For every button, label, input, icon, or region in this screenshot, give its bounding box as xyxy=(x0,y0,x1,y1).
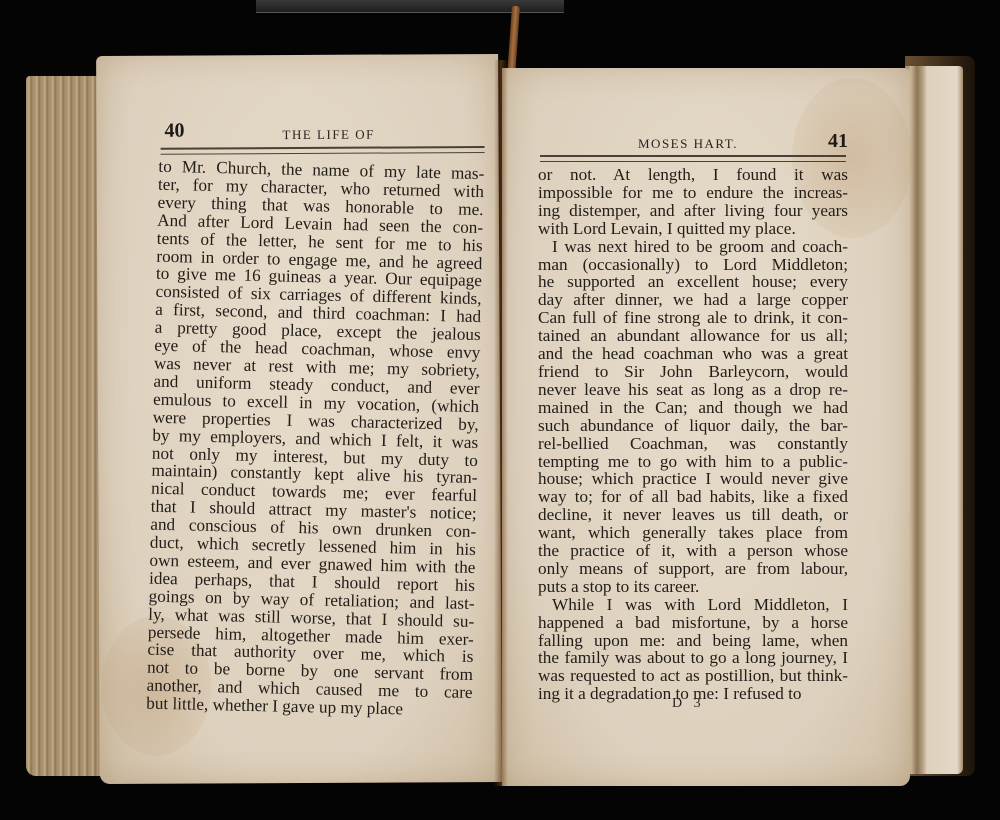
text-line: mained in the Can; and though we had xyxy=(538,399,848,417)
right-page-body-text: or not. At length, I found it wasimpossi… xyxy=(538,166,848,703)
text-line: with Lord Levain, I quitted my place. xyxy=(538,220,848,238)
text-line: friend to Sir John Barleycorn, would xyxy=(538,363,848,381)
header-rule-right xyxy=(540,155,846,162)
text-line: tained an abundant allowance for us all; xyxy=(538,327,848,345)
right-page-block-edges xyxy=(905,66,963,774)
text-line: and the head coachman who was a great xyxy=(538,345,848,363)
text-line: want, which generally takes place from xyxy=(538,524,848,542)
running-head-right: MOSES HART. xyxy=(638,136,738,152)
bookmark-ribbon xyxy=(507,6,520,76)
signature-mark: D 3 xyxy=(672,696,705,712)
text-line: ing distemper, and after living four yea… xyxy=(538,202,848,220)
text-line: day after dinner, we had a large copper xyxy=(538,291,848,309)
header-rule-left xyxy=(161,146,485,155)
text-line: house; which practice I would never give xyxy=(538,470,848,488)
text-line: was requested to act as postillion, but … xyxy=(538,667,848,685)
text-line: falling upon me: and being lame, when xyxy=(538,632,848,650)
text-line: rel-bellied Coachman, was constantly xyxy=(538,435,848,453)
left-page: 40 THE LIFE OF to Mr. Church, the name o… xyxy=(96,54,502,784)
text-line: or not. At length, I found it was xyxy=(538,166,848,184)
right-page: MOSES HART. 41 or not. At length, I foun… xyxy=(502,68,910,786)
text-line: happened a bad misfortune, by a horse xyxy=(538,614,848,632)
text-line: impossible for me to endure the increas- xyxy=(538,184,848,202)
book-gutter xyxy=(494,60,508,786)
text-line: way to; for of all bad habits, like a fi… xyxy=(538,488,848,506)
text-line: he supported an excellent house; every xyxy=(538,273,848,291)
left-page-body-text: to Mr. Church, the name of my late mas-t… xyxy=(146,158,485,720)
text-line: man (occasionally) to Lord Middleton; xyxy=(538,256,848,274)
text-line: tempting me to go with him to a public- xyxy=(538,453,848,471)
text-line: such abundance of liquor daily, the bar- xyxy=(538,417,848,435)
text-line: I was next hired to be groom and coach- xyxy=(538,238,848,256)
page-number-left: 40 xyxy=(164,120,184,143)
text-line: Can full of fine strong ale to drink, it… xyxy=(538,309,848,327)
text-line: the family was about to go a long journe… xyxy=(538,649,848,667)
text-line: While I was with Lord Middleton, I xyxy=(538,596,848,614)
page-number-right: 41 xyxy=(828,130,848,153)
left-page-block-edges xyxy=(26,76,104,776)
running-head-left: THE LIFE OF xyxy=(282,127,374,143)
text-line: the practice of it, with a person whose xyxy=(538,542,848,560)
text-line: puts a stop to its career. xyxy=(538,578,848,596)
text-line: decline, it never leaves us till death, … xyxy=(538,506,848,524)
text-line: never leave his seat as long as a drop r… xyxy=(538,381,848,399)
text-line: only means of support, are from labour, xyxy=(538,560,848,578)
